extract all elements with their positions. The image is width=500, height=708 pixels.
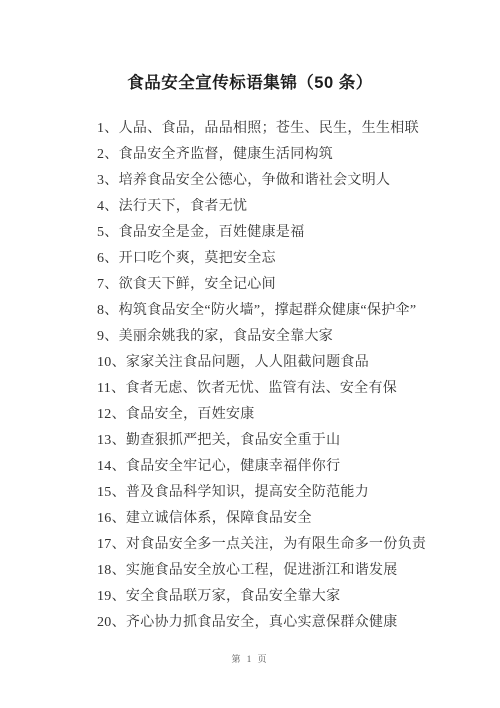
slogan-line: 14、食品安全牢记心，健康幸福伴你行 bbox=[97, 454, 470, 480]
slogan-line: 10、家家关注食品问题，人人阻截问题食品 bbox=[97, 350, 470, 376]
slogan-line: 7、欲食天下鲜，安全记心间 bbox=[97, 272, 470, 298]
page-title: 食品安全宣传标语集锦（50 条） bbox=[0, 0, 500, 95]
slogan-line: 17、对食品安全多一点关注，为有限生命多一份负责 bbox=[97, 532, 470, 558]
slogan-line: 18、实施食品安全放心工程，促进浙江和谐发展 bbox=[97, 558, 470, 584]
slogan-list: 1、人品、食品，品品相照；苍生、民生，生生相联2、食品安全齐监督，健康生活同构筑… bbox=[0, 116, 500, 636]
document-page: 食品安全宣传标语集锦（50 条） 1、人品、食品，品品相照；苍生、民生，生生相联… bbox=[0, 0, 500, 708]
slogan-line: 15、普及食品科学知识，提高安全防范能力 bbox=[97, 480, 470, 506]
slogan-line: 6、开口吃个爽，莫把安全忘 bbox=[97, 246, 470, 272]
slogan-line: 9、美丽余姚我的家，食品安全靠大家 bbox=[97, 324, 470, 350]
slogan-line: 4、法行天下，食者无忧 bbox=[97, 194, 470, 220]
slogan-line: 19、安全食品联万家，食品安全靠大家 bbox=[97, 584, 470, 610]
slogan-line: 2、食品安全齐监督，健康生活同构筑 bbox=[97, 142, 470, 168]
slogan-line: 16、建立诚信体系，保障食品安全 bbox=[97, 506, 470, 532]
slogan-line: 5、食品安全是金，百姓健康是福 bbox=[97, 220, 470, 246]
slogan-line: 13、勤查狠抓严把关，食品安全重于山 bbox=[97, 428, 470, 454]
slogan-line: 11、食者无虑、饮者无忧、监管有法、安全有保 bbox=[97, 376, 470, 402]
slogan-line: 1、人品、食品，品品相照；苍生、民生，生生相联 bbox=[97, 116, 470, 142]
page-number: 第 1 页 bbox=[0, 652, 500, 665]
slogan-line: 20、齐心协力抓食品安全，真心实意保群众健康 bbox=[97, 610, 470, 636]
slogan-line: 12、食品安全，百姓安康 bbox=[97, 402, 470, 428]
slogan-line: 3、培养食品安全公德心，争做和谐社会文明人 bbox=[97, 168, 470, 194]
slogan-line: 8、构筑食品安全“防火墙”，撑起群众健康“保护伞” bbox=[97, 298, 470, 324]
